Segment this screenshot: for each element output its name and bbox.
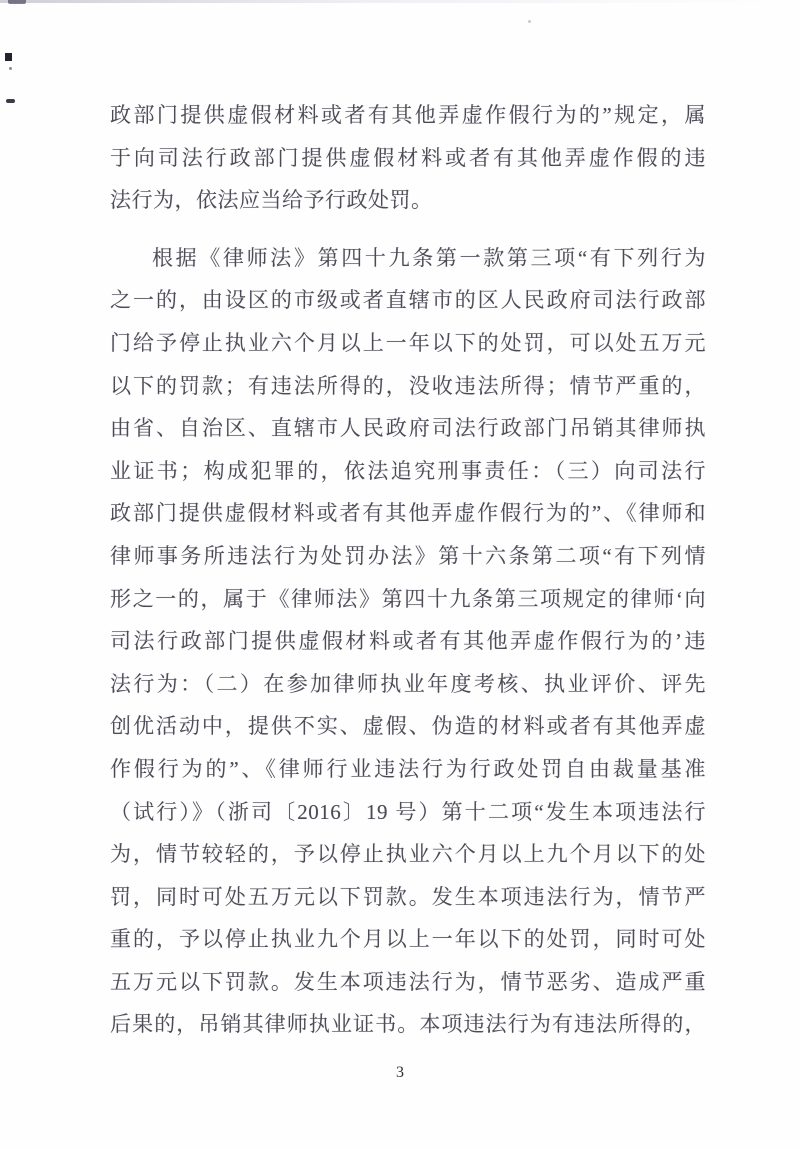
text-line: 为，情节较轻的，予以停止执业六个月以上九个月以下的处 xyxy=(110,833,706,876)
text-line: 门给予停止执业六个月以上一年以下的处罚，可以处五万元 xyxy=(110,322,706,365)
text-line: 于向司法行政部门提供虚假材料或者有其他弄虚作假的违 xyxy=(110,137,706,180)
scan-speck-artifact xyxy=(528,20,531,23)
text-line: 罚，同时可处五万元以下罚款。发生本项违法行为，情节严 xyxy=(110,876,706,919)
scan-speck-artifact xyxy=(5,53,12,61)
document-body: 政部门提供虚假材料或者有其他弄虚作假行为的”规定，属于向司法行政部门提供虚假材料… xyxy=(110,94,706,1046)
text-line: 之一的，由设区的市级或者直辖市的区人民政府司法行政部 xyxy=(110,279,706,322)
text-line: 根据《律师法》第四十九条第一款第三项“有下列行为 xyxy=(110,237,706,280)
scan-mark-artifact xyxy=(8,0,26,4)
text-line: 形之一的，属于《律师法》第四十九条第三项规定的律师‘向 xyxy=(110,578,706,621)
document-page: 政部门提供虚假材料或者有其他弄虚作假行为的”规定，属于向司法行政部门提供虚假材料… xyxy=(0,0,800,1149)
paragraph: 根据《律师法》第四十九条第一款第三项“有下列行为之一的，由设区的市级或者直辖市的… xyxy=(110,237,706,1046)
text-line: （试行）》（浙司〔2016〕19 号）第十二项“发生本项违法行 xyxy=(110,791,706,834)
text-line: 法行为：（二）在参加律师执业年度考核、执业评价、评先 xyxy=(110,663,706,706)
scan-speck-artifact xyxy=(9,67,12,70)
text-line: 作假行为的”、《律师行业违法行为行政处罚自由裁量基准 xyxy=(110,748,706,791)
paragraph: 政部门提供虚假材料或者有其他弄虚作假行为的”规定，属于向司法行政部门提供虚假材料… xyxy=(110,94,706,222)
text-line: 重的，予以停止执业九个月以上一年以下的处罚，同时可处 xyxy=(110,918,706,961)
text-line: 政部门提供虚假材料或者有其他弄虚作假行为的”规定，属 xyxy=(110,94,706,137)
text-line: 业证书；构成犯罪的，依法追究刑事责任：（三）向司法行 xyxy=(110,450,706,493)
text-line: 五万元以下罚款。发生本项违法行为，情节恶劣、造成严重 xyxy=(110,961,706,1004)
text-line: 以下的罚款；有违法所得的，没收违法所得；情节严重的， xyxy=(110,365,706,408)
text-line: 后果的，吊销其律师执业证书。本项违法行为有违法所得的， xyxy=(110,1003,706,1046)
page-number: 3 xyxy=(0,1064,800,1082)
text-line: 司法行政部门提供虚假材料或者有其他弄虚作假行为的’违 xyxy=(110,620,706,663)
text-line: 法行为，依法应当给予行政处罚。 xyxy=(110,179,706,222)
text-line: 由省、自治区、直辖市人民政府司法行政部门吊销其律师执 xyxy=(110,407,706,450)
text-line: 律师事务所违法行为处罚办法》第十六条第二项“有下列情 xyxy=(110,535,706,578)
text-line: 政部门提供虚假材料或者有其他弄虚作假行为的”、《律师和 xyxy=(110,492,706,535)
scan-edge-artifact xyxy=(0,0,800,3)
scan-speck-artifact xyxy=(6,99,15,103)
text-line: 创优活动中，提供不实、虚假、伪造的材料或者有其他弄虚 xyxy=(110,705,706,748)
